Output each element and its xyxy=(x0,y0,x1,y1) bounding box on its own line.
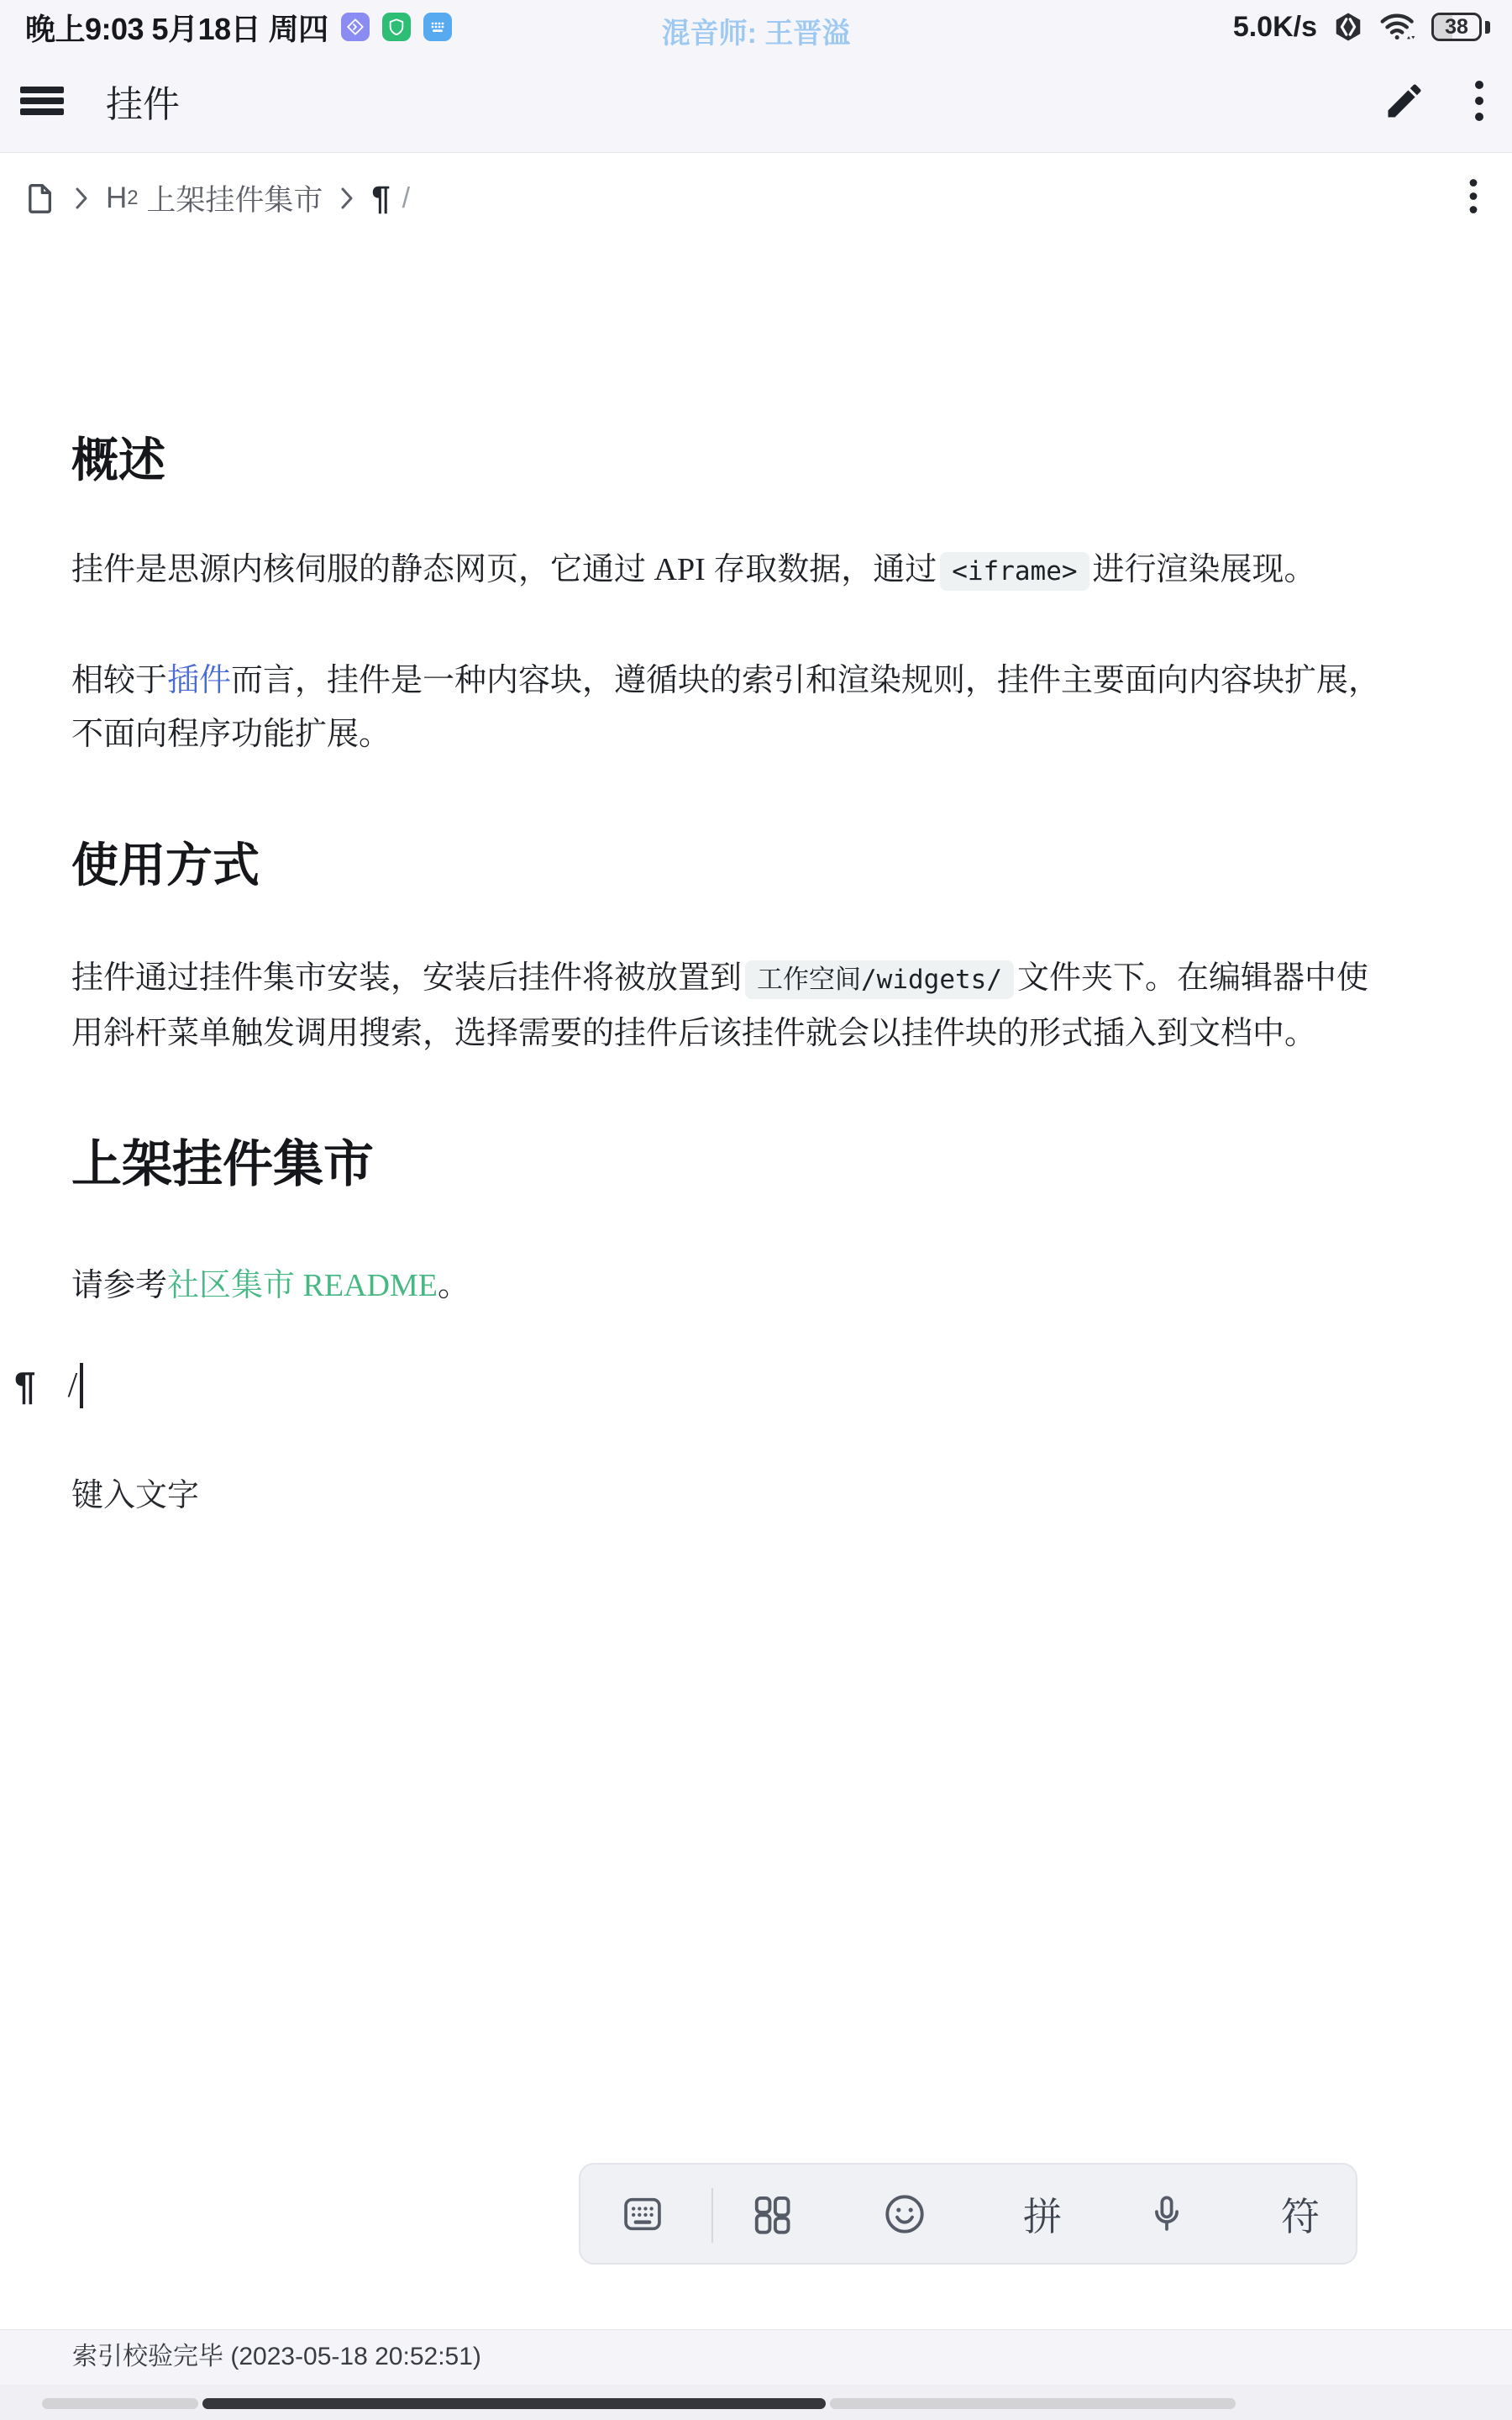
paragraph-compare: 相较于插件而言，挂件是一种内容块，遵循块的索引和渲染规则，挂件主要面向内容块扩展… xyxy=(71,654,1407,761)
paragraph-market: 请参考社区集市 README。 xyxy=(71,1259,1407,1313)
ime-divider xyxy=(711,2188,713,2243)
text-run: 挂件是思源内核伺服的静态网页，它通过 API 存取数据，通过 xyxy=(71,552,937,587)
page-title: 挂件 xyxy=(106,74,180,128)
apps-grid-icon[interactable] xyxy=(750,2192,794,2236)
paragraph-overview: 挂件是思源内核伺服的静态网页，它通过 API 存取数据，通过<iframe>进行… xyxy=(71,543,1407,598)
inline-code-widgets-path: 工作空间/widgets/ xyxy=(745,960,1014,999)
document-icon[interactable] xyxy=(24,181,57,216)
emoji-smiley-icon[interactable] xyxy=(882,2191,927,2237)
text-run: 请参考 xyxy=(71,1268,167,1303)
text-run: 相较于 xyxy=(71,663,167,698)
text-run: 挂件通过挂件集市安装，安装后挂件将被放置到 xyxy=(71,960,742,996)
scrollbar-track-left[interactable] xyxy=(42,2398,198,2409)
pinyin-mode-button[interactable]: 拼 xyxy=(1023,2186,1062,2242)
text-run: 。 xyxy=(438,1268,470,1303)
status-bar: 晚上9:03 5月18日 周四 混音师: 王晋溢 5. xyxy=(0,0,1512,49)
breadcrumb-paragraph-item[interactable]: ¶ xyxy=(371,180,390,218)
battery-nub xyxy=(1485,21,1490,34)
breadcrumb-heading-item[interactable]: H2 上架挂件集市 xyxy=(106,177,323,219)
network-speed: 5.0K/s xyxy=(1233,11,1317,44)
bottom-scrollbar-area xyxy=(0,2385,1512,2420)
active-empty-block[interactable]: ¶ / xyxy=(14,1356,83,1415)
typed-slash-text: / xyxy=(68,1365,78,1406)
type-text-hint: 键入文字 xyxy=(71,1469,199,1515)
heading-label: 上架挂件集市 xyxy=(146,177,323,219)
data-transfer-icon xyxy=(1332,11,1364,43)
hamburger-menu-button[interactable] xyxy=(17,81,67,121)
heading-overview: 概述 xyxy=(71,423,1415,491)
text-run: 进行渲染展现。 xyxy=(1093,552,1316,587)
battery-indicator: 38 xyxy=(1431,13,1482,41)
text-run: 用斜杆菜单触发调用搜索，选择需要的挂件后该挂件就会以挂件块的形式插入到文档中。 xyxy=(71,1016,1316,1051)
keyboard-icon[interactable] xyxy=(619,2192,666,2236)
more-options-button[interactable] xyxy=(1473,78,1485,124)
heading-market: 上架挂件集市 xyxy=(71,1124,1415,1197)
link-community-readme[interactable]: 社区集市 README xyxy=(167,1268,438,1303)
wifi-icon xyxy=(1379,11,1416,43)
link-plugin[interactable]: 插件 xyxy=(167,663,231,698)
heading-tag-sub: 2 xyxy=(127,187,138,210)
app-toolbar: 挂件 xyxy=(0,49,1512,153)
heading-usage: 使用方式 xyxy=(71,829,1415,896)
notification-diamond-icon xyxy=(341,13,370,41)
breadcrumb: H2 上架挂件集市 ¶ / xyxy=(0,166,1512,230)
notification-keyboard-icon xyxy=(423,13,452,41)
music-ticker-overlay: 混音师: 王晋溢 xyxy=(662,10,851,51)
scrollbar-track-right[interactable] xyxy=(830,2398,1236,2409)
inline-code-iframe: <iframe> xyxy=(940,552,1089,591)
text-caret xyxy=(80,1363,83,1408)
paragraph-gutter-marker: ¶ xyxy=(14,1366,36,1405)
breadcrumb-chevron-icon xyxy=(339,186,355,211)
heading-tag: H xyxy=(106,181,127,215)
text-run: 文件夹下。在编辑器中使 xyxy=(1017,960,1368,996)
microphone-icon[interactable] xyxy=(1146,2191,1188,2237)
top-header: 晚上9:03 5月18日 周四 混音师: 王晋溢 5. xyxy=(0,0,1512,153)
scrollbar-thumb[interactable] xyxy=(202,2398,826,2409)
status-message-bar: 索引校验完毕 (2023-05-18 20:52:51) xyxy=(0,2329,1512,2385)
ime-toolbar: 拼 符 xyxy=(579,2163,1357,2265)
text-run: 不面向程序功能扩展。 xyxy=(71,717,391,752)
edit-pencil-button[interactable] xyxy=(1383,79,1426,123)
breadcrumb-slash: / xyxy=(402,182,410,215)
index-status-text: 索引校验完毕 (2023-05-18 20:52:51) xyxy=(72,2330,1512,2384)
breadcrumb-chevron-icon xyxy=(73,186,90,211)
status-time-date: 晚上9:03 5月18日 周四 xyxy=(25,6,328,49)
text-run: 而言，挂件是一种内容块，遵循块的索引和渲染规则，挂件主要面向内容块扩展， xyxy=(231,663,1380,698)
symbol-mode-button[interactable]: 符 xyxy=(1281,2186,1320,2242)
breadcrumb-more-button[interactable] xyxy=(1468,177,1478,220)
notification-shield-icon xyxy=(382,13,411,41)
paragraph-usage: 挂件通过挂件集市安装，安装后挂件将被放置到工作空间/widgets/文件夹下。在… xyxy=(71,951,1407,1060)
battery-level: 38 xyxy=(1445,15,1468,39)
